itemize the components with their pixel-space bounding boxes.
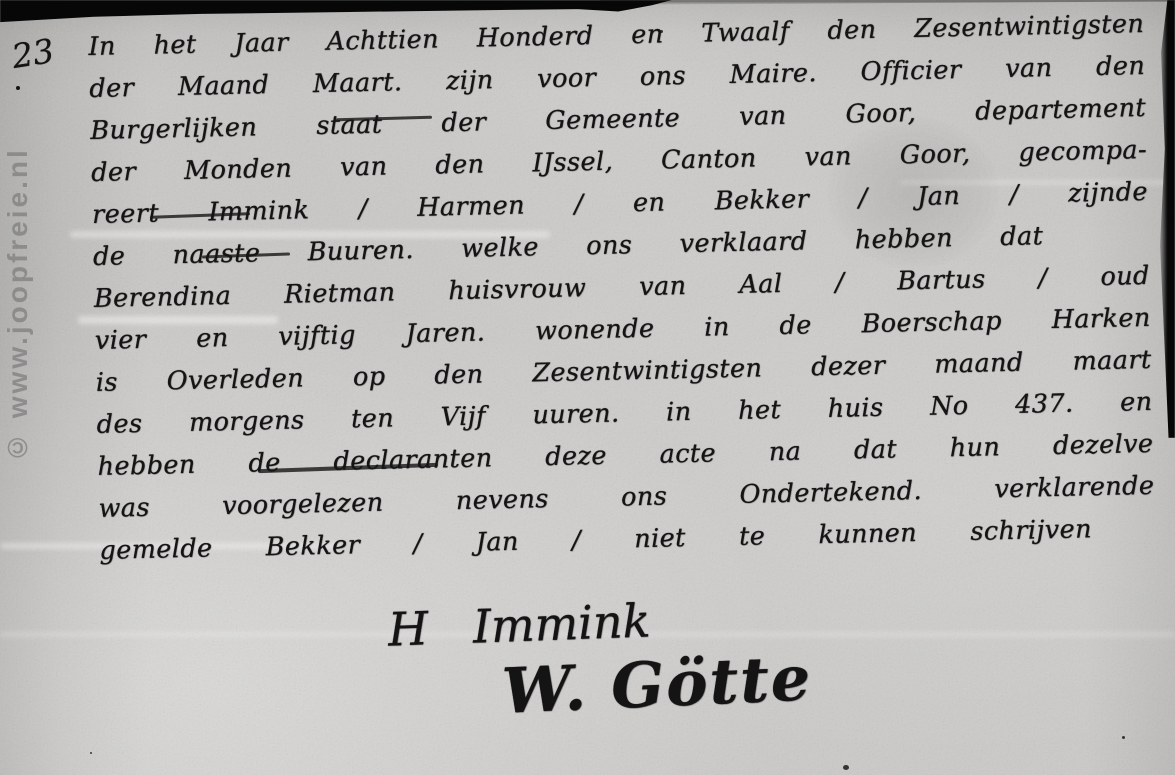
ink-speck <box>1122 736 1125 739</box>
scan-edge-right <box>1158 0 1175 438</box>
ink-speck <box>843 765 849 770</box>
ink-speck <box>90 752 92 754</box>
watermark-joopfreie: © www.joopfreie.nl <box>2 38 34 463</box>
signature-h-immink: H Immink <box>387 593 651 656</box>
act-body-text: In het Jaar Achttien Honderd en Twaalf d… <box>88 3 1156 572</box>
scanned-death-record-page: 23 © www.joopfreie.nl In het Jaar Achtti… <box>0 0 1175 775</box>
signature-w-gotte: W. Götte <box>501 641 814 727</box>
ink-speck <box>660 30 663 33</box>
